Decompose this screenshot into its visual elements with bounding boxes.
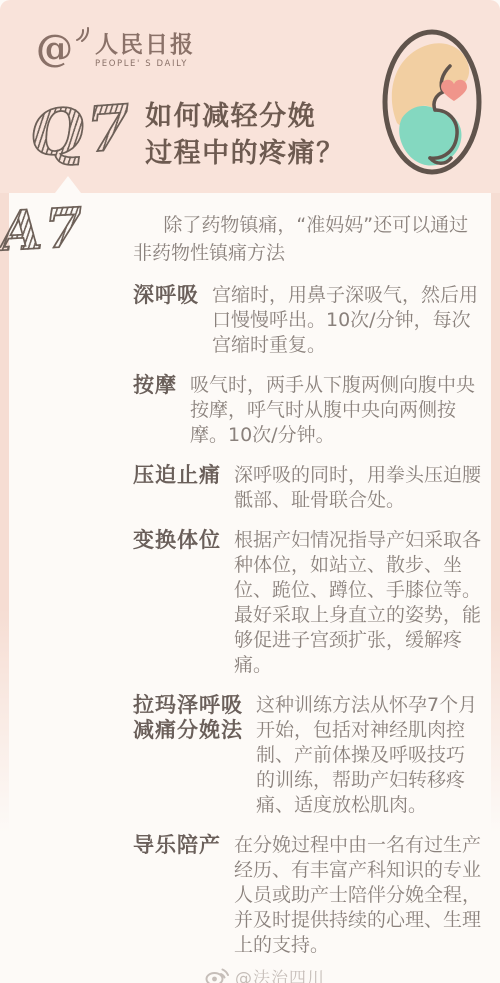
method-description: 吸气时，两手从下腹两侧向腹中央按摩，呼气时从腹中央向两侧按摩。10次/分钟。 [190, 373, 482, 448]
brand-subtitle: PEOPLE' S DAILY [95, 59, 195, 69]
answer-section: A7 除了药物镇痛，“准妈妈”还可以通过非药物性镇痛方法 深呼吸 宫缩时，用鼻子… [0, 193, 500, 983]
method-list: 深呼吸 宫缩时，用鼻子深吸气，然后用口慢慢呼出。10次/分钟，每次宫缩时重复。 … [133, 283, 482, 958]
method-label: 拉玛泽呼吸 减痛分娩法 [133, 693, 243, 743]
method-description: 宫缩时，用鼻子深吸气，然后用口慢慢呼出。10次/分钟，每次宫缩时重复。 [212, 283, 482, 358]
method-description: 深呼吸的同时，用拳头压迫腰骶部、耻骨联合处。 [234, 463, 482, 513]
question-number-badge: Q7 [28, 92, 136, 169]
method-description: 在分娩过程中由一名有过生产经历、有丰富产科知识的专业人员或助产士陪伴分娩全程，并… [234, 833, 482, 958]
method-label: 导乐陪产 [133, 833, 221, 858]
sound-wave-icon [75, 26, 89, 42]
weibo-at-icon: @ [36, 28, 73, 68]
method-label: 按摩 [133, 373, 177, 398]
method-description: 根据产妇情况指导产妇采取各种体位，如站立、散步、坐位、跪位、蹲位、手膝位等。最好… [234, 528, 482, 678]
brand-name: 人民日报 [95, 32, 195, 58]
watermark-handle: @法治四川 [235, 964, 325, 983]
infographic-card: @ 人民日报 PEOPLE' S DAILY Q7 如何减轻分娩 过程中的疼痛？ [0, 0, 500, 983]
question-title-line2: 过程中的疼痛？ [145, 135, 345, 172]
speech-bubble-notch [55, 176, 81, 193]
pregnant-woman-illustration [378, 26, 486, 178]
method-label: 变换体位 [133, 528, 221, 553]
question-block: Q7 如何减轻分娩 过程中的疼痛？ [30, 96, 345, 172]
question-title: 如何减轻分娩 过程中的疼痛？ [145, 98, 345, 172]
method-label: 深呼吸 [133, 283, 199, 308]
brand-logo: @ 人民日报 PEOPLE' S DAILY [36, 28, 195, 69]
watermark: @法治四川 [205, 964, 482, 983]
brand-text: 人民日报 PEOPLE' S DAILY [95, 32, 195, 69]
weibo-icon [205, 967, 229, 983]
answer-intro: 除了药物镇痛，“准妈妈”还可以通过非药物性镇痛方法 [133, 211, 483, 267]
method-item: 变换体位 根据产妇情况指导产妇采取各种体位，如站立、散步、坐位、跪位、蹲位、手膝… [133, 528, 482, 678]
method-item: 按摩 吸气时，两手从下腹两侧向腹中央按摩，呼气时从腹中央向两侧按摩。10次/分钟… [133, 373, 482, 448]
method-description: 这种训练方法从怀孕7个月开始，包括对神经肌肉控制、产前体操及呼吸技巧的训练，帮助… [256, 693, 482, 818]
method-item: 压迫止痛 深呼吸的同时，用拳头压迫腰骶部、耻骨联合处。 [133, 463, 482, 513]
method-item: 深呼吸 宫缩时，用鼻子深吸气，然后用口慢慢呼出。10次/分钟，每次宫缩时重复。 [133, 283, 482, 358]
header: @ 人民日报 PEOPLE' S DAILY Q7 如何减轻分娩 过程中的疼痛？ [0, 0, 500, 193]
method-item: 拉玛泽呼吸 减痛分娩法 这种训练方法从怀孕7个月开始，包括对神经肌肉控制、产前体… [133, 693, 482, 818]
question-title-line1: 如何减轻分娩 [145, 98, 345, 135]
answer-number-badge: A7 [0, 196, 87, 262]
method-label: 压迫止痛 [133, 463, 221, 488]
method-item: 导乐陪产 在分娩过程中由一名有过生产经历、有丰富产科知识的专业人员或助产士陪伴分… [133, 833, 482, 958]
